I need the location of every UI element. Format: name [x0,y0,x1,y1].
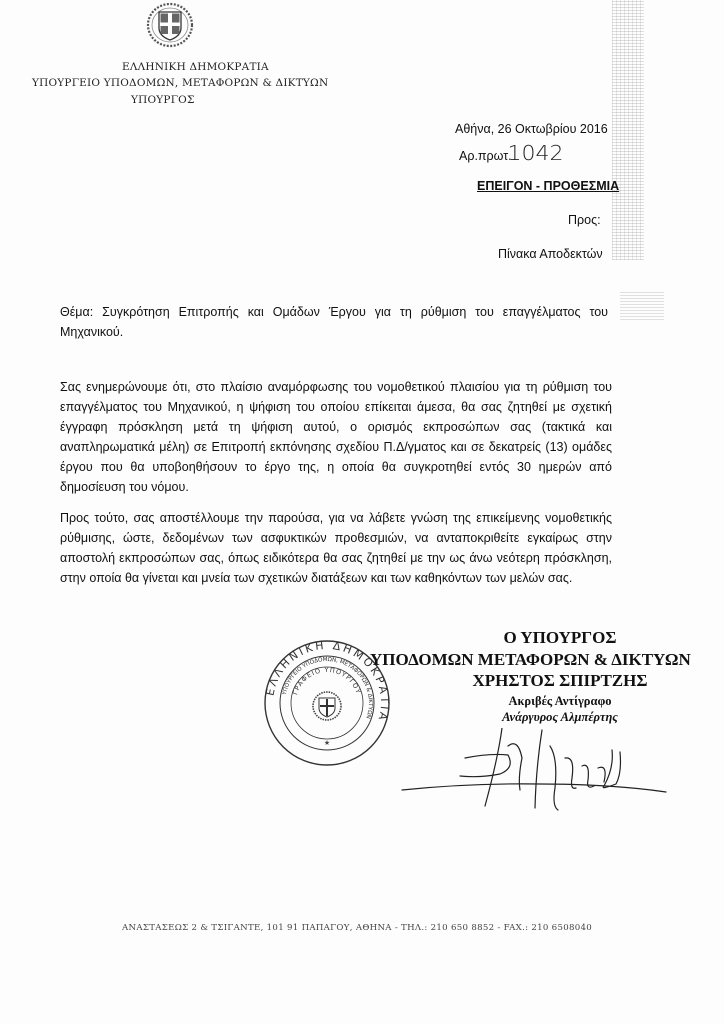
certifier-name: Ανάργυρος Αλμπέρτης [460,710,660,725]
footer-address: ΑΝΑΣΤΑΣΕΩΣ 2 & ΤΣΙΓΑΝΤΕ, 101 91 ΠΑΠΑΓΟΥ,… [122,923,592,933]
signatory-ministry: ΥΠΟΔΟΜΩΝ ΜΕΤΑΦΟΡΩΝ & ΔΙΚΤΥΩΝ [370,650,690,670]
protocol-number: 1042 [507,141,563,165]
signatory-name: ΧΡΗΣΤΟΣ ΣΠΙΡΤΖΗΣ [440,671,680,691]
subject-line: Θέμα: Συγκρότηση Επιτροπής και Ομάδων Έρ… [60,302,608,342]
svg-text:★: ★ [324,739,330,747]
scan-artifact [620,290,664,320]
letterhead-ministry: ΥΠΟΥΡΓΕΙΟ ΥΠΟΔΟΜΩΝ, ΜΕΤΑΦΟΡΩΝ & ΔΙΚΤΥΩΝ [32,77,328,89]
document-page: ΕΛΛΗΝΙΚΗ ΔΗΜΟΚΡΑΤΙΑ ΥΠΟΥΡΓΕΙΟ ΥΠΟΔΟΜΩΝ, … [0,0,724,1024]
document-date: Αθήνα, 26 Οκτωβρίου 2016 [455,122,608,136]
handwritten-signature-icon [390,728,690,828]
greek-coat-of-arms-icon [145,2,195,48]
protocol-label: Αρ.πρωτ. [459,149,512,163]
to-label: Προς: [568,213,601,227]
body-paragraph: Προς τούτο, σας αποστέλλουμε την παρούσα… [60,508,612,588]
scan-artifact [612,0,644,260]
letterhead-country: ΕΛΛΗΝΙΚΗ ΔΗΜΟΚΡΑΤΙΑ [122,61,269,73]
letterhead-office: ΥΠΟΥΡΓΟΣ [131,94,195,106]
urgency-label: ΕΠΕΙΓΟΝ - ΠΡΟΘΕΣΜΙΑ [477,179,619,193]
certified-copy-label: Ακριβές Αντίγραφο [460,694,660,709]
body-paragraph: Σας ενημερώνουμε ότι, στο πλαίσιο αναμόρ… [60,377,612,497]
recipients: Πίνακα Αποδεκτών [498,247,603,261]
signatory-title: Ο ΥΠΟΥΡΓΟΣ [440,628,680,648]
